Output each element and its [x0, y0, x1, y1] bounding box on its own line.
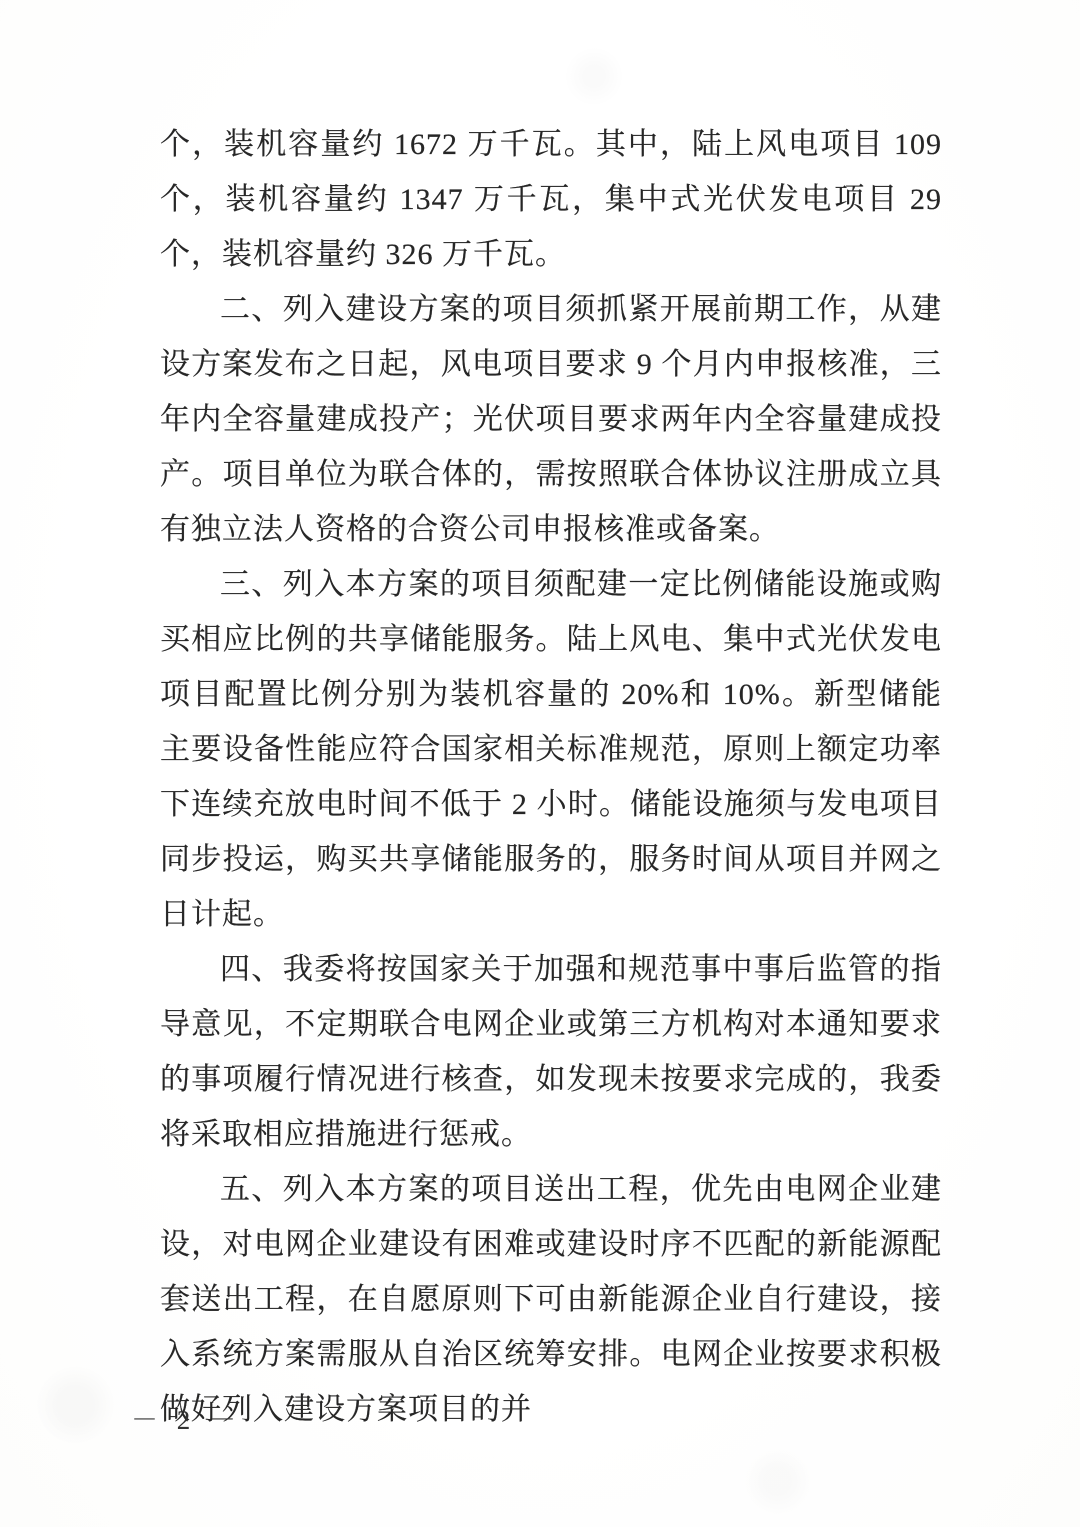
document-body: 个，装机容量约 1672 万千瓦。其中，陆上风电项目 109 个，装机容量约 1…: [160, 117, 942, 1437]
paragraph-continuation: 个，装机容量约 1672 万千瓦。其中，陆上风电项目 109 个，装机容量约 1…: [160, 117, 942, 282]
paragraph-item-2: 二、列入建设方案的项目须抓紧开展前期工作，从建设方案发布之日起，风电项目要求 9…: [160, 282, 942, 557]
paragraph-item-5: 五、列入本方案的项目送出工程，优先由电网企业建设，对电网企业建设有困难或建设时序…: [160, 1162, 942, 1437]
page-number: － 2 －: [131, 1398, 242, 1437]
document-page: 个，装机容量约 1672 万千瓦。其中，陆上风电项目 109 个，装机容量约 1…: [0, 0, 1080, 1527]
paragraph-item-3: 三、列入本方案的项目须配建一定比例储能设施或购买相应比例的共享储能服务。陆上风电…: [160, 557, 942, 942]
paragraph-item-4: 四、我委将按国家关于加强和规范事中事后监管的指导意见，不定期联合电网企业或第三方…: [160, 942, 942, 1162]
